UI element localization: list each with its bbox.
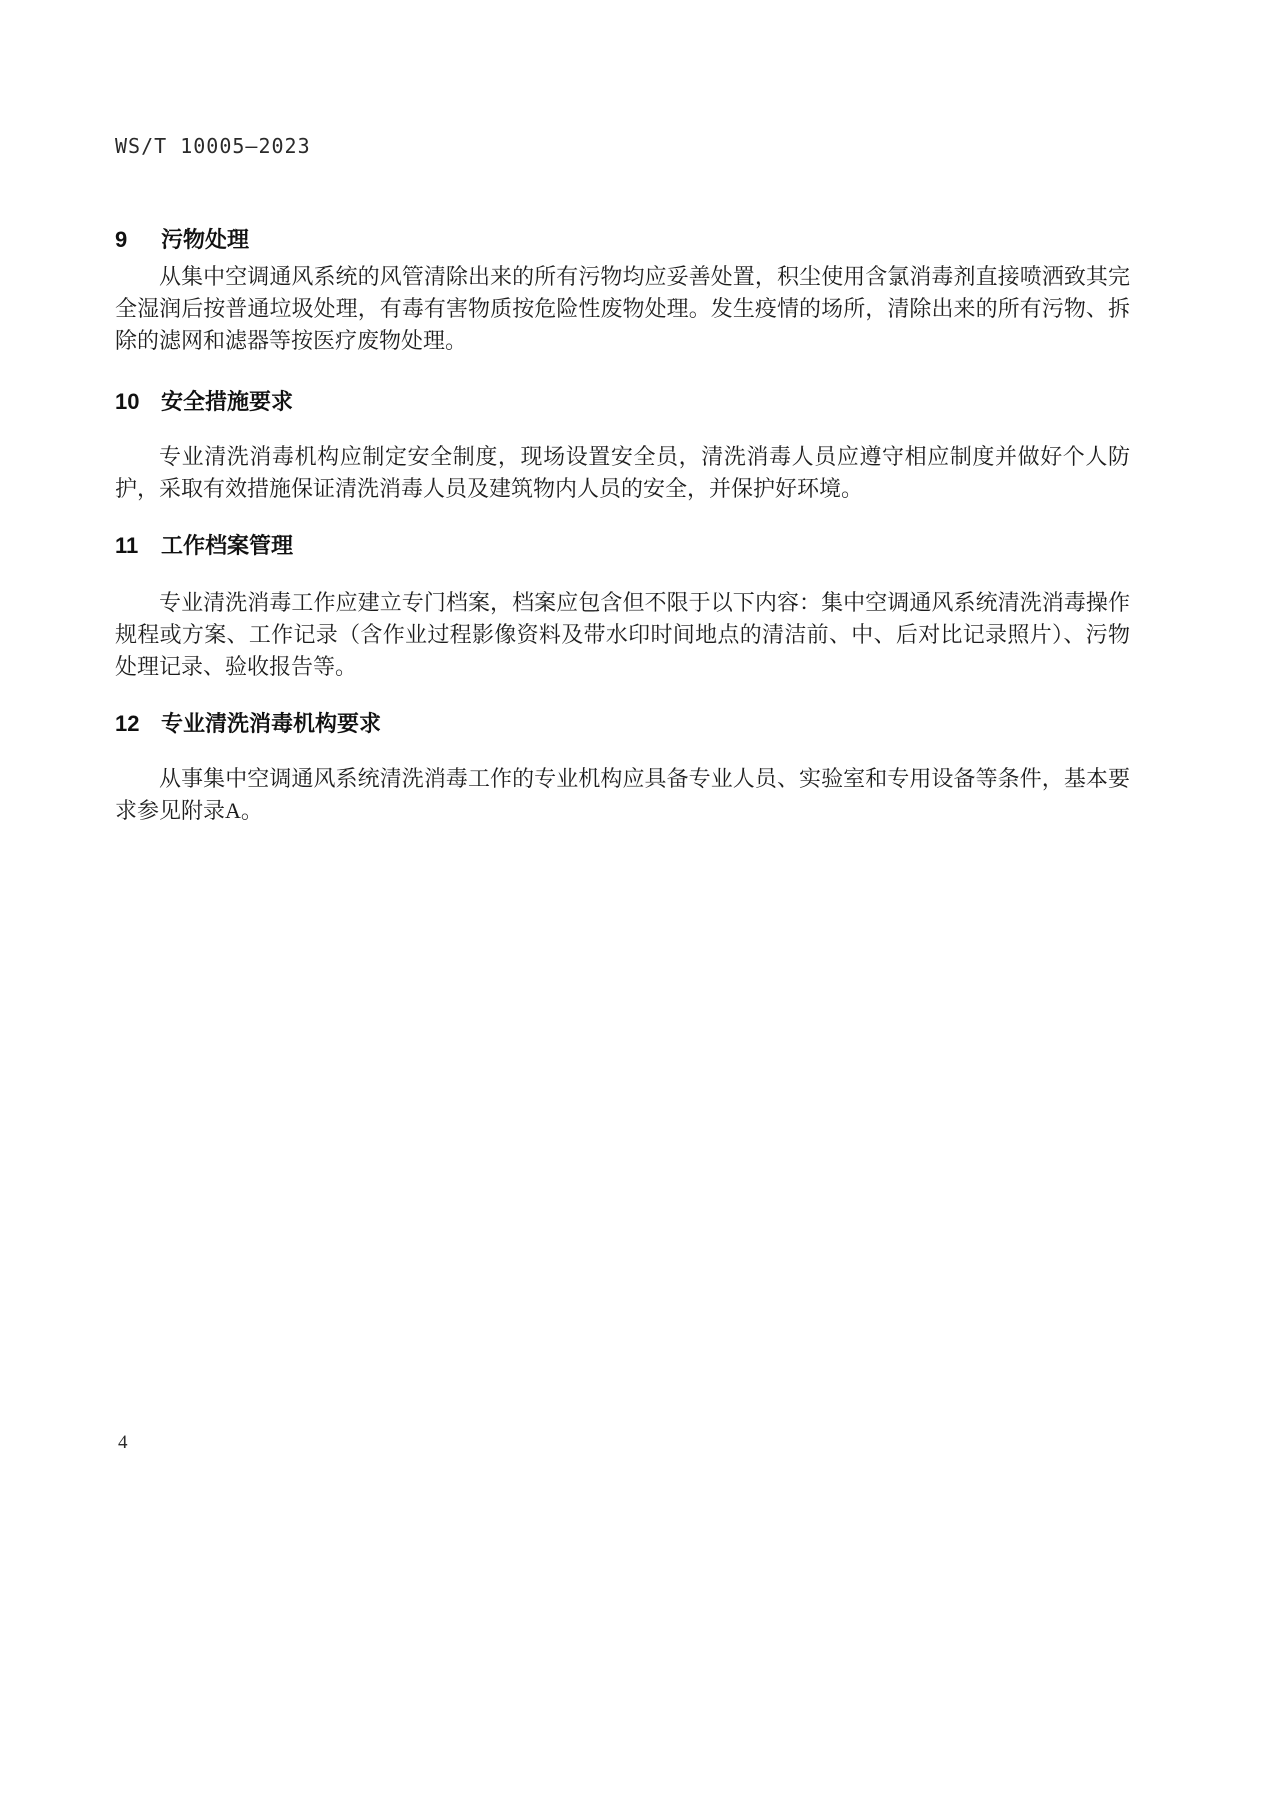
- section-number: 10: [115, 387, 161, 417]
- section-number: 11: [115, 531, 161, 561]
- section-paragraph-11: 专业清洗消毒工作应建立专门档案，档案应包含但不限于以下内容：集中空调通风系统清洗…: [115, 587, 1130, 683]
- document-page: WS/T 10005—2023 9 污物处理 从集中空调通风系统的风管清除出来的…: [0, 0, 1280, 1810]
- section-paragraph-10: 专业清洗消毒机构应制定安全制度，现场设置安全员，清洗消毒人员应遵守相应制度并做好…: [115, 441, 1130, 505]
- section-heading-12: 12 专业清洗消毒机构要求: [115, 709, 1130, 739]
- section-number: 9: [115, 225, 161, 255]
- page-number: 4: [118, 1432, 128, 1454]
- section-paragraph-12: 从事集中空调通风系统清洗消毒工作的专业机构应具备专业人员、实验室和专用设备等条件…: [115, 763, 1130, 827]
- section-heading-10: 10 安全措施要求: [115, 387, 1130, 417]
- section-heading-11: 11 工作档案管理: [115, 531, 1130, 561]
- section-heading-9: 9 污物处理: [115, 225, 1130, 255]
- section-paragraph-9: 从集中空调通风系统的风管清除出来的所有污物均应妥善处置，积尘使用含氯消毒剂直接喷…: [115, 261, 1130, 357]
- section-number: 12: [115, 709, 161, 739]
- section-title: 安全措施要求: [161, 387, 293, 417]
- standard-number-header: WS/T 10005—2023: [115, 133, 1130, 159]
- section-title: 工作档案管理: [161, 531, 293, 561]
- section-title: 专业清洗消毒机构要求: [161, 709, 381, 739]
- document-content: WS/T 10005—2023 9 污物处理 从集中空调通风系统的风管清除出来的…: [0, 133, 1280, 827]
- section-title: 污物处理: [161, 225, 249, 255]
